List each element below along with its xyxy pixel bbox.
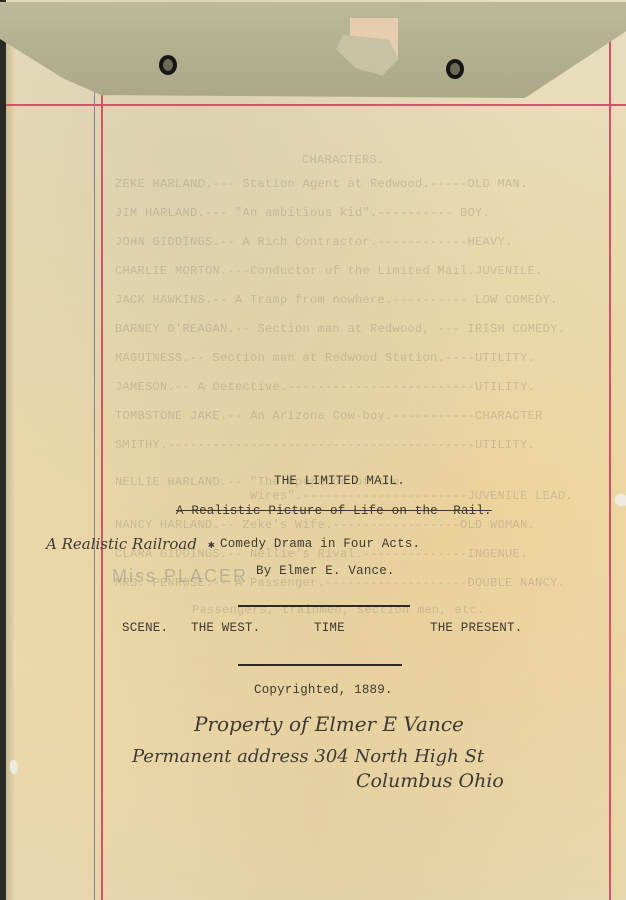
scene-label: SCENE. (122, 621, 168, 635)
divider-rule (238, 664, 402, 666)
paper-tear (615, 494, 626, 506)
grommet-icon (446, 59, 464, 79)
bleed-cast-line: JIM HARLAND.--- "An ambitious kid".-----… (115, 206, 490, 220)
bleed-cast-line: SMITHY.---------------------------------… (115, 438, 535, 452)
handwritten-address-line2: Columbus Ohio (356, 770, 504, 792)
copyright-line: Copyrighted, 1889. (254, 683, 393, 697)
divider-rule (238, 605, 410, 607)
struck-subtitle: A Realistic Picture of Life on the Rail. (176, 504, 492, 518)
play-title: THE LIMITED MAIL. (274, 474, 405, 488)
bleed-cast-line: TOMBSTONE JAKE.-- An Arizona Cow-boy.---… (115, 409, 543, 423)
play-genre: Comedy Drama in Four Acts. (220, 537, 420, 551)
bleed-cast-line: ZEKE HARLAND.--- Station Agent at Redwoo… (115, 177, 528, 191)
handwritten-insert: A Realistic Railroad (46, 535, 197, 553)
bleed-cast-line: NANCY HARLAND.-- Zeke's Wife.-----------… (115, 518, 535, 532)
caret-mark: ✱ (208, 538, 215, 552)
bleed-heading: CHARACTERS. (302, 153, 385, 167)
bleed-cast-line: JACK HAWKINS.-- A Tramp from nowhere.---… (115, 293, 558, 307)
grommet-icon (159, 55, 177, 75)
left-margin-line-blue (94, 92, 95, 900)
author-line: By Elmer E. Vance. (256, 564, 395, 578)
right-margin-line-red (609, 40, 611, 900)
manuscript-page: CHARACTERS. ZEKE HARLAND.--- Station Age… (6, 0, 626, 900)
bleed-cast-line: MAGUINESS.-- Section man at Redwood Stat… (115, 351, 535, 365)
handwritten-property: Property of Elmer E Vance (194, 712, 464, 736)
time-value: THE PRESENT. (430, 621, 522, 635)
bleed-cast-line: JAMESON.-- A Detective.-----------------… (115, 380, 535, 394)
bleed-cast-line: JOHN GIDDINGS.-- A Rich Contractor.-----… (115, 235, 513, 249)
paper-tear (10, 760, 18, 774)
left-margin-line-red (101, 92, 103, 900)
scene-value: THE WEST. (191, 621, 260, 635)
bleed-cast-line: BARNEY O'REAGAN.-- Section man at Redwoo… (115, 322, 565, 336)
bleed-cast-line: Wires".----------------------JUVENILE LE… (115, 489, 573, 503)
binder-flap (0, 2, 626, 100)
header-rule-line (6, 104, 626, 106)
handwritten-address-line1: Permanent address 304 North High St (132, 746, 484, 767)
faint-stamp: Miss PLACER (112, 566, 248, 587)
time-label: TIME (314, 621, 345, 635)
bleed-cast-line: CHARLIE MORTON.---Conductor of the Limit… (115, 264, 543, 278)
